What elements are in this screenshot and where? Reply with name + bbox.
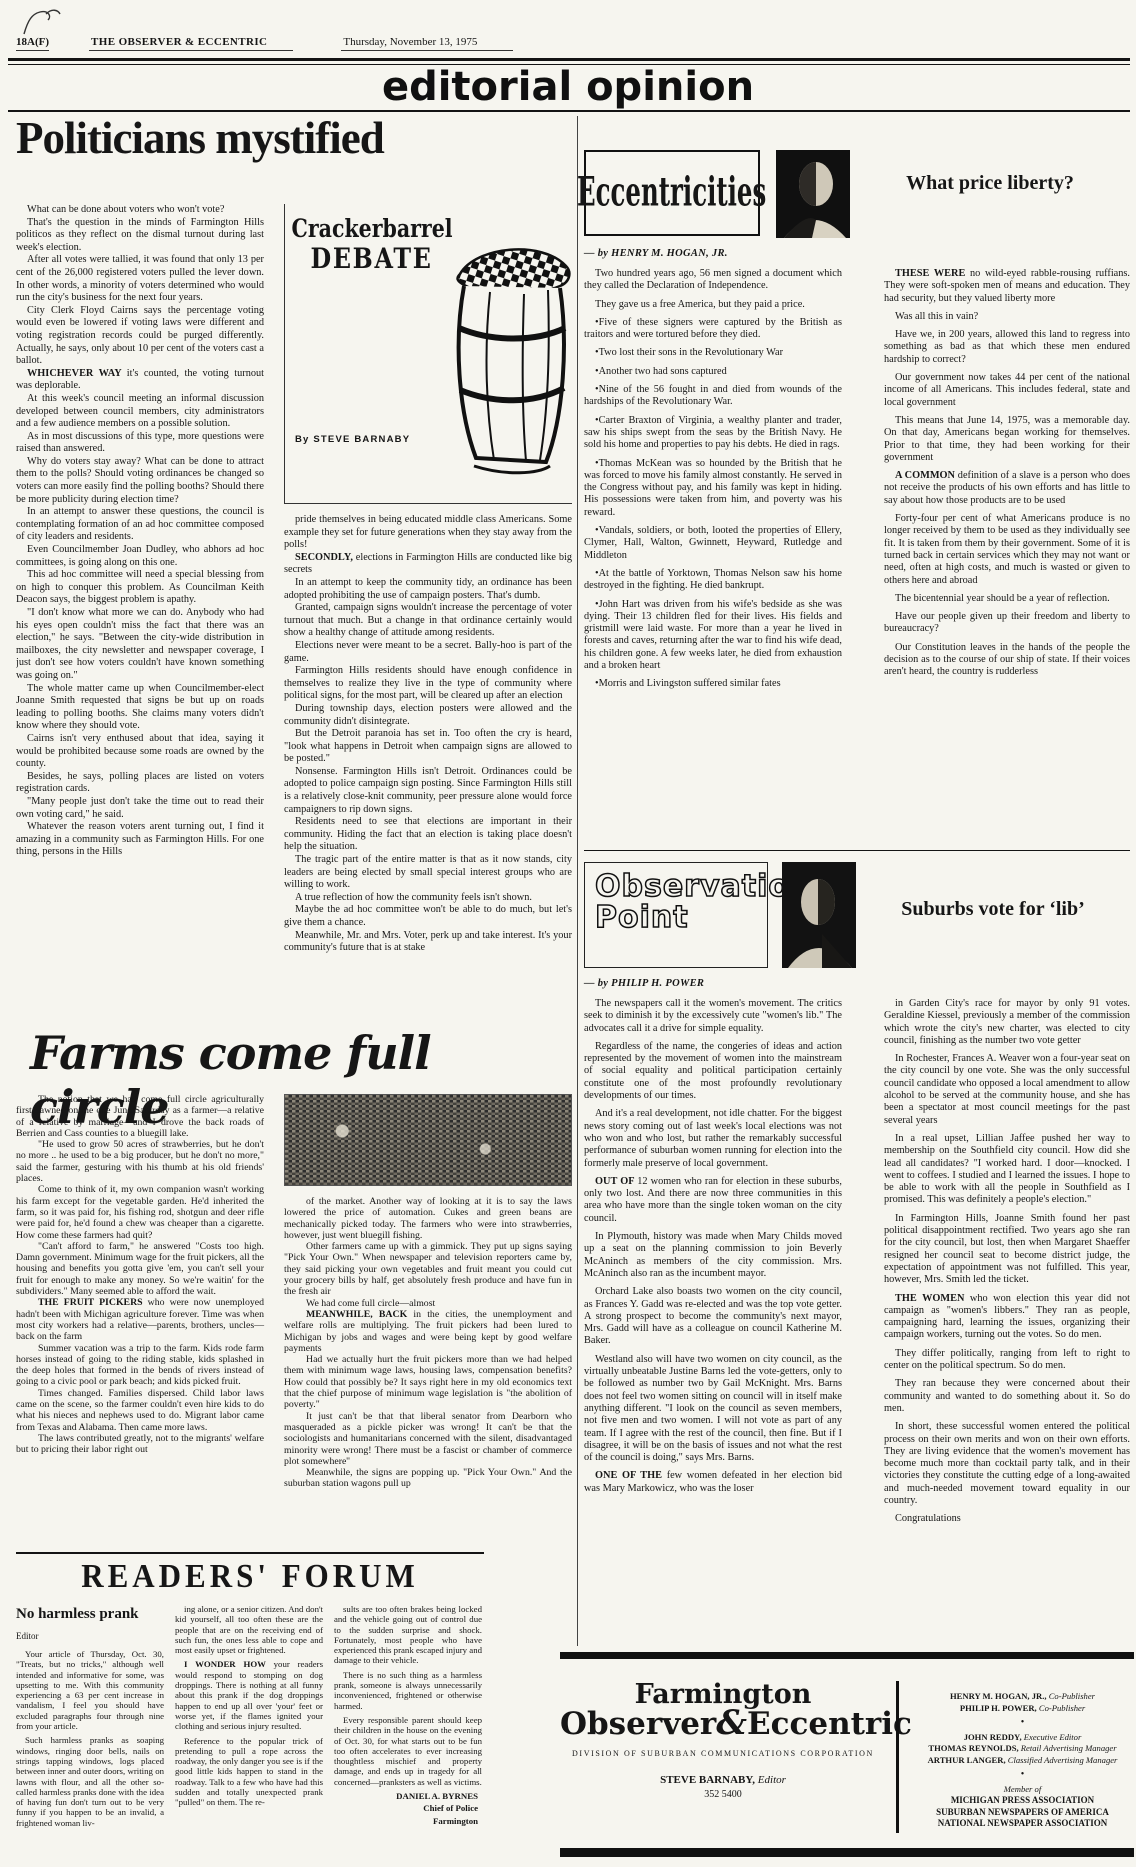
paragraph: What can be done about voters who won't … xyxy=(16,204,264,217)
masthead: Farmington Observer&Eccentric DIVISION O… xyxy=(560,1652,1134,1850)
editor-name: STEVE BARNABY, xyxy=(660,1774,755,1786)
paragraph: This means that June 14, 1975, was a mem… xyxy=(884,415,1130,464)
letter-col1-text: Your article of Thursday, Oct. 30, "Trea… xyxy=(16,1649,164,1828)
paragraph: Whatever the reason voters arent turning… xyxy=(16,821,264,859)
paragraph: Your article of Thursday, Oct. 30, "Trea… xyxy=(16,1649,164,1731)
eccentricities-header: Eccentricities What price liberty? xyxy=(584,150,1130,242)
rule xyxy=(16,1552,484,1554)
paragraph: In Farmington Hills, Joanne Smith found … xyxy=(884,1213,1130,1287)
paragraph: Granted, campaign signs wouldn't increas… xyxy=(284,602,572,640)
masthead-ampersand: & xyxy=(716,1703,747,1743)
masthead-staff-list: HENRY M. HOGAN, JR., Co-PublisherPHILIP … xyxy=(911,1681,1134,1850)
paragraph: pride themselves in being educated middl… xyxy=(284,514,572,552)
paragraph: During township days, election posters w… xyxy=(284,703,572,728)
readers-forum-header: READERS' FORUM xyxy=(16,1556,484,1596)
page-number: 18A(F) xyxy=(16,36,49,51)
paragraph: Times changed. Families dispersed. Child… xyxy=(16,1388,264,1433)
paragraph: Cairns isn't very enthused about that id… xyxy=(16,733,264,771)
crackerbarrel-byline: By STEVE BARNABY xyxy=(295,434,410,445)
farms-article: The notion that we had come full circle … xyxy=(16,1094,572,1550)
paragraph: Orchard Lake also boasts two women on th… xyxy=(584,1286,842,1347)
paragraph: Member of xyxy=(911,1784,1134,1796)
observation-logo-line2: Point xyxy=(595,902,767,933)
paragraph: In a real upset, Lillian Jaffee pushed h… xyxy=(884,1133,1130,1207)
paragraph: Other farmers came up with a gimmick. Th… xyxy=(284,1241,572,1297)
page-header: 18A(F) THE OBSERVER & ECCENTRIC Thursday… xyxy=(16,36,1126,51)
crackerbarrel-debate-box: Crackerbarrel DEBATE By STEVE BARNABY xyxy=(284,204,572,504)
paragraph: Have we, in 200 years, allowed this land… xyxy=(884,329,1130,366)
masthead-phone: 352 5400 xyxy=(560,1789,886,1800)
paragraph: But the Detroit paranoia has set in. Too… xyxy=(284,728,572,766)
paragraph: THOMAS REYNOLDS, Retail Advertising Mana… xyxy=(911,1743,1134,1755)
paragraph: PHILIP H. POWER, Co-Publisher xyxy=(911,1703,1134,1715)
politicians-col1: What can be done about voters who won't … xyxy=(16,204,264,1022)
observation-byline: — by PHILIP H. POWER xyxy=(584,978,704,989)
paragraph: SECONDLY, elections in Farmington Hills … xyxy=(284,552,572,577)
paragraph: Two hundred years ago, 56 men signed a d… xyxy=(584,268,842,293)
eccentricities-logo: Eccentricities xyxy=(584,150,760,236)
eccentricities-article: Two hundred years ago, 56 men signed a d… xyxy=(584,268,1130,846)
paragraph: The tragic part of the entire matter is … xyxy=(284,854,572,892)
pen-mark xyxy=(18,6,62,40)
eccentricities-col1: Two hundred years ago, 56 men signed a d… xyxy=(584,268,842,846)
paragraph: Even Councilmember Joan Dudley, who abho… xyxy=(16,544,264,569)
paragraph: In an attempt to answer these questions,… xyxy=(16,506,264,544)
observation-col1: The newspapers call it the women's movem… xyxy=(584,998,842,1648)
paragraph: Farmington Hills residents should have e… xyxy=(284,665,572,703)
paragraph: Besides, he says, polling places are lis… xyxy=(16,771,264,796)
eccentricities-headline: What price liberty? xyxy=(850,150,1130,242)
paragraph: "I don't know what more we can do. Anybo… xyxy=(16,607,264,683)
eccentricities-logo-text: Eccentricities xyxy=(577,170,766,217)
paragraph: Was all this in vain? xyxy=(884,311,1130,323)
paragraph: ONE OF THE few women defeated in her ele… xyxy=(584,1470,842,1495)
letter-title: No harmless prank xyxy=(16,1606,164,1623)
paragraph: •Five of these signers were captured by … xyxy=(584,317,842,342)
paper-name: THE OBSERVER & ECCENTRIC xyxy=(89,36,293,51)
paragraph: Reference to the popular trick of preten… xyxy=(175,1736,323,1808)
paragraph: Every responsible parent should keep the… xyxy=(334,1715,482,1787)
paragraph: A COMMON definition of a slave is a pers… xyxy=(884,470,1130,507)
letter-col3: sults are too often brakes being locked … xyxy=(334,1604,482,1864)
rule xyxy=(584,850,1130,851)
paragraph: ARTHUR LANGER, Classified Advertising Ma… xyxy=(911,1755,1134,1767)
paragraph: ing alone, or a senior citizen. And don'… xyxy=(175,1604,323,1655)
paragraph: • xyxy=(911,1717,1134,1729)
paragraph: JOHN REDDY, Executive Editor xyxy=(911,1732,1134,1744)
paragraph: Why do voters stay away? What can be don… xyxy=(16,456,264,506)
power-photo xyxy=(782,862,856,968)
paragraph: •Another two had sons captured xyxy=(584,366,842,378)
paragraph: Meanwhile, the signs are popping up. "Pi… xyxy=(284,1467,572,1490)
paragraph: Congratulations xyxy=(884,1513,1130,1525)
letter-col1: No harmless prank Editor Your article of… xyxy=(16,1604,164,1864)
paragraph: They differ politically, ranging from le… xyxy=(884,1348,1130,1373)
masthead-observer-eccentric: Observer&Eccentric xyxy=(560,1707,886,1740)
observation-article: The newspapers call it the women's movem… xyxy=(584,998,1130,1648)
masthead-divider xyxy=(896,1681,899,1833)
rule xyxy=(8,58,1130,61)
paragraph: •At the battle of Yorktown, Thomas Nelso… xyxy=(584,568,842,593)
paragraph: Meanwhile, Mr. and Mrs. Voter, perk up a… xyxy=(284,930,572,955)
paragraph: •Two lost their sons in the Revolutionar… xyxy=(584,347,842,359)
paragraph: Such harmless pranks as soaping windows,… xyxy=(16,1735,164,1828)
paragraph: As in most discussions of this type, mor… xyxy=(16,431,264,456)
paragraph: I WONDER HOW your readers would respond … xyxy=(175,1659,323,1731)
paragraph: After all votes were tallied, it was fou… xyxy=(16,254,264,304)
paragraph: THE WOMEN who won election this year did… xyxy=(884,1293,1130,1342)
letter-salutation: Editor xyxy=(16,1631,164,1641)
farms-col1: The notion that we had come full circle … xyxy=(16,1094,264,1550)
portrait-illustration xyxy=(782,862,856,968)
paragraph: Our government now takes 44 per cent of … xyxy=(884,372,1130,409)
paragraph: At this week's council meeting an inform… xyxy=(16,393,264,431)
observation-logo-line1: Observation xyxy=(595,871,767,902)
column-divider xyxy=(577,116,578,1646)
masthead-observer: Observer xyxy=(560,1706,716,1742)
paragraph: Chief of Police xyxy=(334,1803,478,1813)
paragraph: In short, these successful women entered… xyxy=(884,1421,1130,1507)
paragraph: The bicentennial year should be a year o… xyxy=(884,593,1130,605)
politicians-article: What can be done about voters who won't … xyxy=(16,204,572,1022)
paragraph: THESE WERE no wild-eyed rabble-rousing r… xyxy=(884,268,1130,305)
paragraph: SUBURBAN NEWSPAPERS OF AMERICA xyxy=(911,1807,1134,1819)
paragraph: •Thomas McKean was so hounded by the Bri… xyxy=(584,458,842,519)
observation-col2: in Garden City's race for mayor by only … xyxy=(884,998,1130,1648)
paragraph: in Garden City's race for mayor by only … xyxy=(884,998,1130,1047)
politicians-col2: Crackerbarrel DEBATE By STEVE BARNABY xyxy=(284,204,572,1022)
hogan-photo xyxy=(776,150,850,238)
barrel-illustration xyxy=(446,230,572,480)
paragraph: Nonsense. Farmington Hills isn't Detroit… xyxy=(284,766,572,816)
paragraph: WHICHEVER WAY it's counted, the voting t… xyxy=(16,368,264,393)
paragraph: •Morris and Livingston suffered similar … xyxy=(584,678,842,690)
politicians-col2-text: pride themselves in being educated middl… xyxy=(284,514,572,955)
portrait-illustration xyxy=(776,150,850,238)
paragraph: Elections never were meant to be a secre… xyxy=(284,640,572,665)
paragraph: •Nine of the 56 fought in and died from … xyxy=(584,384,842,409)
paragraph: They ran because they were concerned abo… xyxy=(884,1378,1130,1415)
paragraph: Have our people given up their freedom a… xyxy=(884,611,1130,636)
paragraph: Westland also will have two women on cit… xyxy=(584,1354,842,1465)
masthead-nameplate: Farmington Observer&Eccentric DIVISION O… xyxy=(560,1681,886,1850)
paragraph: This ad hoc committee will need a specia… xyxy=(16,569,264,607)
paragraph: THE FRUIT PICKERS who were now unemploye… xyxy=(16,1297,264,1342)
paragraph: In Rochester, Frances A. Weaver won a fo… xyxy=(884,1053,1130,1127)
paragraph: Residents need to see that elections are… xyxy=(284,816,572,854)
rule xyxy=(560,1848,1134,1857)
masthead-eccentric: Eccentric xyxy=(747,1706,912,1742)
paragraph: MEANWHILE, BACK in the cities, the unemp… xyxy=(284,1309,572,1354)
section-banner: editorial opinion xyxy=(0,64,1136,108)
paragraph: Come to think of it, my own companion wa… xyxy=(16,1184,264,1240)
paragraph: OUT OF 12 women who ran for election in … xyxy=(584,1176,842,1225)
paragraph: In an attempt to keep the community tidy… xyxy=(284,577,572,602)
paragraph: "Many people just don't take the time ou… xyxy=(16,796,264,821)
observation-header: Observation Point Suburbs vote for ‘lib’ xyxy=(584,862,1130,972)
paragraph: HENRY M. HOGAN, JR., Co-Publisher xyxy=(911,1691,1134,1703)
farm-photo xyxy=(284,1094,572,1186)
paragraph: They gave us a free America, but they pa… xyxy=(584,299,842,311)
paragraph: "He used to grow 50 acres of strawberrie… xyxy=(16,1139,264,1184)
editor-title: Editor xyxy=(758,1774,786,1786)
paragraph: It just can't be that that liberal senat… xyxy=(284,1411,572,1467)
observation-logo: Observation Point xyxy=(584,862,768,968)
paragraph: of the market. Another way of looking at… xyxy=(284,1196,572,1241)
paragraph: And it's a real development, not idle ch… xyxy=(584,1108,842,1169)
paragraph: We had come full circle—almost xyxy=(284,1298,572,1309)
paragraph: The whole matter came up when Councilmem… xyxy=(16,683,264,733)
paragraph: Had we actually hurt the fruit pickers m… xyxy=(284,1354,572,1410)
masthead-editor: STEVE BARNABY, Editor xyxy=(560,1774,886,1786)
paragraph: Regardless of the name, the congeries of… xyxy=(584,1041,842,1102)
paragraph: In Plymouth, history was made when Mary … xyxy=(584,1231,842,1280)
paragraph: Summer vacation was a trip to the farm. … xyxy=(16,1343,264,1388)
paragraph: NATIONAL NEWSPAPER ASSOCIATION xyxy=(911,1818,1134,1830)
paragraph: • xyxy=(911,1769,1134,1781)
farms-col2: of the market. Another way of looking at… xyxy=(284,1094,572,1550)
readers-forum-letter: No harmless prank Editor Your article of… xyxy=(16,1604,484,1864)
paragraph: Maybe the ad hoc committee won't be able… xyxy=(284,904,572,929)
paragraph: Forty-four per cent of what Americans pr… xyxy=(884,513,1130,587)
letter-col2: ing alone, or a senior citizen. And don'… xyxy=(175,1604,323,1864)
paragraph: •Vandals, soldiers, or both, looted the … xyxy=(584,525,842,562)
paragraph: Our Constitution leaves in the hands of … xyxy=(884,642,1130,679)
eccentricities-col2: THESE WERE no wild-eyed rabble-rousing r… xyxy=(884,268,1130,846)
politicians-headline: Politicians mystified xyxy=(16,112,572,164)
paragraph: Farmington xyxy=(334,1816,478,1826)
paragraph: That's the question in the minds of Farm… xyxy=(16,217,264,255)
paragraph: The newspapers call it the women's movem… xyxy=(584,998,842,1035)
issue-date: Thursday, November 13, 1975 xyxy=(341,36,513,51)
farms-col2-text: of the market. Another way of looking at… xyxy=(284,1196,572,1490)
paragraph: City Clerk Floyd Cairns says the percent… xyxy=(16,305,264,368)
paragraph: "Can't afford to farm," he answered "Cos… xyxy=(16,1241,264,1297)
eccentricities-byline: — by HENRY M. HOGAN, JR. xyxy=(584,248,728,259)
paragraph: A true reflection of how the community f… xyxy=(284,892,572,905)
paragraph: MICHIGAN PRESS ASSOCIATION xyxy=(911,1795,1134,1807)
paragraph: There is no such thing as a harmless pra… xyxy=(334,1670,482,1711)
paragraph: •John Hart was driven from his wife's be… xyxy=(584,599,842,673)
newspaper-page: 18A(F) THE OBSERVER & ECCENTRIC Thursday… xyxy=(0,0,1136,1867)
paragraph: sults are too often brakes being locked … xyxy=(334,1604,482,1666)
paragraph: The notion that we had come full circle … xyxy=(16,1094,264,1139)
masthead-division: DIVISION OF SUBURBAN COMMUNICATIONS CORP… xyxy=(560,1749,886,1758)
paragraph: •Carter Braxton of Virginia, a wealthy p… xyxy=(584,415,842,452)
observation-headline: Suburbs vote for ‘lib’ xyxy=(856,862,1130,972)
paragraph: DANIEL A. BYRNES xyxy=(334,1791,478,1801)
paragraph: The laws contributed greatly, not to the… xyxy=(16,1433,264,1456)
